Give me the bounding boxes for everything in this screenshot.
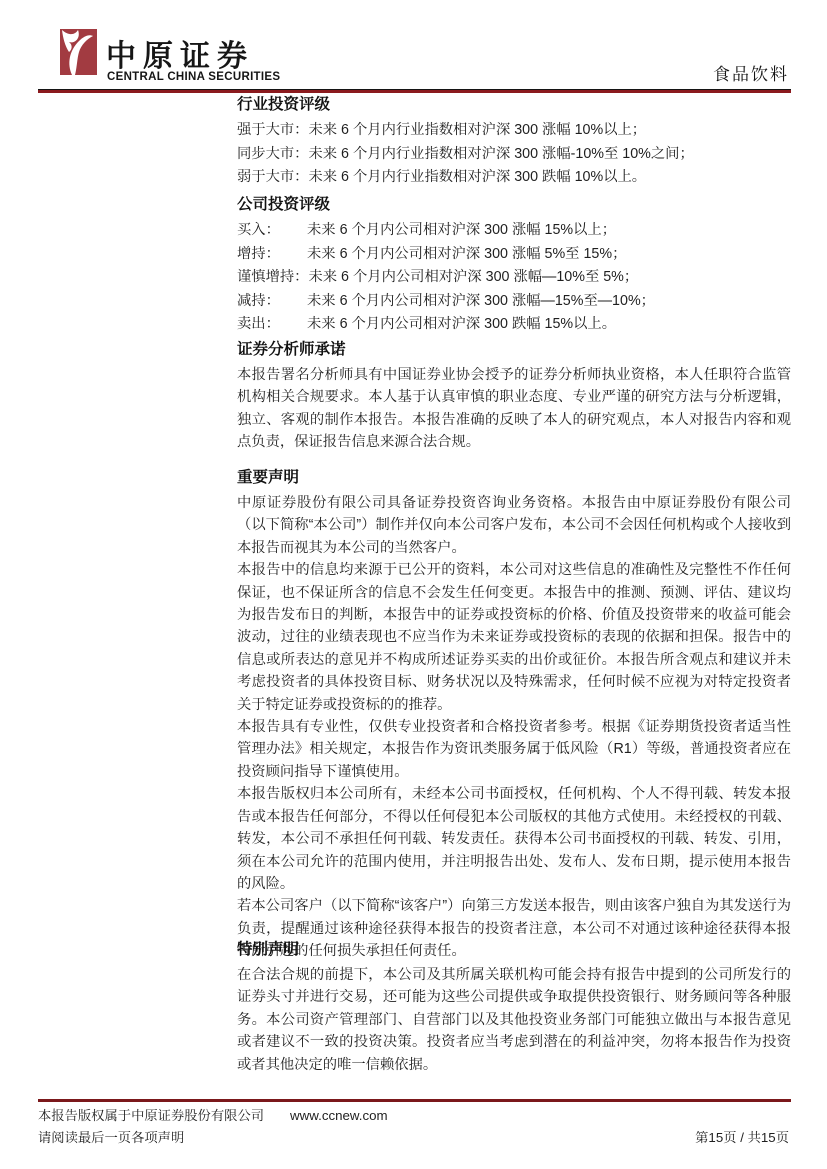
special-statement-paragraph: 在合法合规的前提下，本公司及其所属关联机构可能会持有报告中提到的公司所发行的证券… (237, 964, 791, 1076)
brand-name-en: CENTRAL CHINA SECURITIES (107, 71, 280, 83)
rating-row: 强于大市： 未来 6 个月内行业指数相对沪深 300 涨幅 10%以上； (237, 119, 791, 143)
footer-copyright: 本报告版权属于中原证券股份有限公司 (38, 1108, 264, 1123)
important-statement-paragraph: 本报告版权归本公司所有，未经本公司书面授权，任何机构、个人不得刊载、转发本报告或… (237, 783, 791, 895)
rating-text: 未来 6 个月内公司相对沪深 300 涨幅—10%至 5%； (308, 266, 638, 290)
rating-text: 未来 6 个月内公司相对沪深 300 涨幅 15%以上； (307, 219, 616, 243)
footer-left: 本报告版权属于中原证券股份有限公司www.ccnew.com 请阅读最后一页各项… (38, 1105, 388, 1149)
footer-website: www.ccnew.com (290, 1108, 388, 1123)
rating-label: 增持： (237, 243, 307, 267)
rating-text: 未来 6 个月内公司相对沪深 300 跌幅 15%以上。 (307, 313, 616, 337)
section-analyst-commitment: 证券分析师承诺 本报告署名分析师具有中国证券业协会授予的证券分析师执业资格，本人… (237, 341, 791, 454)
company-rating-title: 公司投资评级 (237, 196, 791, 213)
rating-row: 谨慎增持： 未来 6 个月内公司相对沪深 300 涨幅—10%至 5%； (237, 266, 791, 290)
industry-rating-title: 行业投资评级 (237, 96, 791, 113)
brand-name-cn: 中原证券 (106, 31, 254, 75)
important-statement-paragraph: 中原证券股份有限公司具备证券投资咨询业务资格。本报告由中原证券股份有限公司（以下… (237, 492, 791, 559)
rating-row: 弱于大市： 未来 6 个月内行业指数相对沪深 300 跌幅 10%以上。 (237, 166, 791, 190)
rating-label: 卖出： (237, 313, 307, 337)
rating-label: 谨慎增持： (237, 266, 308, 290)
analyst-commitment-title: 证券分析师承诺 (237, 341, 791, 358)
section-industry-rating: 行业投资评级 强于大市： 未来 6 个月内行业指数相对沪深 300 涨幅 10%… (237, 96, 791, 190)
rating-label: 买入： (237, 219, 307, 243)
footer-page-number: 第15页 / 共15页 (695, 1127, 789, 1146)
footer-rule (38, 1099, 791, 1102)
rating-row: 增持： 未来 6 个月内公司相对沪深 300 涨幅 5%至 15%； (237, 243, 791, 267)
report-page: 中原证券 CENTRAL CHINA SECURITIES 食品饮料 行业投资评… (0, 0, 827, 1169)
analyst-commitment-paragraph: 本报告署名分析师具有中国证券业协会授予的证券分析师执业资格，本人任职符合监管机构… (237, 364, 791, 454)
rating-row: 买入： 未来 6 个月内公司相对沪深 300 涨幅 15%以上； (237, 219, 791, 243)
important-statement-paragraph: 本报告中的信息均来源于已公开的资料，本公司对这些信息的准确性及完整性不作任何保证… (237, 559, 791, 716)
important-statement-title: 重要声明 (237, 469, 791, 486)
rating-text: 未来 6 个月内公司相对沪深 300 涨幅 5%至 15%； (307, 243, 626, 267)
header-rule (38, 89, 791, 93)
section-company-rating: 公司投资评级 买入： 未来 6 个月内公司相对沪深 300 涨幅 15%以上； … (237, 196, 791, 337)
rating-text: 未来 6 个月内公司相对沪深 300 涨幅—15%至—10%； (307, 290, 655, 314)
report-category: 食品饮料 (713, 60, 789, 85)
rating-label: 减持： (237, 290, 307, 314)
rating-text: 未来 6 个月内行业指数相对沪深 300 跌幅 10%以上。 (308, 166, 646, 190)
rating-text: 未来 6 个月内行业指数相对沪深 300 涨幅 10%以上； (308, 119, 646, 143)
brand-logo (60, 29, 97, 75)
rating-text: 未来 6 个月内行业指数相对沪深 300 涨幅-10%至 10%之间； (308, 143, 693, 167)
rating-label: 弱于大市： (237, 166, 308, 190)
important-statement-paragraph: 本报告具有专业性，仅供专业投资者和合格投资者参考。根据《证券期货投资者适当性管理… (237, 716, 791, 783)
rating-row: 减持： 未来 6 个月内公司相对沪深 300 涨幅—15%至—10%； (237, 290, 791, 314)
rating-label: 强于大市： (237, 119, 308, 143)
rating-row: 卖出： 未来 6 个月内公司相对沪深 300 跌幅 15%以上。 (237, 313, 791, 337)
brand-mark-icon (60, 29, 97, 75)
rating-row: 同步大市： 未来 6 个月内行业指数相对沪深 300 涨幅-10%至 10%之间… (237, 143, 791, 167)
footer-line-1: 本报告版权属于中原证券股份有限公司www.ccnew.com (38, 1105, 388, 1127)
rating-label: 同步大市： (237, 143, 308, 167)
special-statement-title: 特别声明 (237, 941, 791, 958)
footer-notice: 请阅读最后一页各项声明 (38, 1127, 388, 1149)
section-special-statement: 特别声明 在合法合规的前提下，本公司及其所属关联机构可能会持有报告中提到的公司所… (237, 941, 791, 1076)
section-important-statement: 重要声明 中原证券股份有限公司具备证券投资咨询业务资格。本报告由中原证券股份有限… (237, 469, 791, 963)
